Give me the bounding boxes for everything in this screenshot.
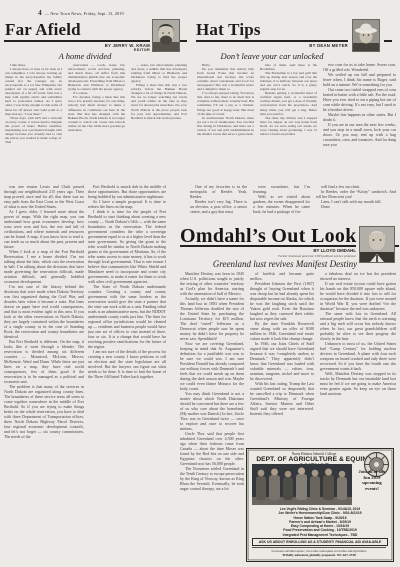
ad-tagline: Tribally educated, globally prepared. 70… [252, 553, 386, 557]
meyer-photo [352, 19, 380, 52]
omdahl-photo [359, 226, 395, 263]
ad-event-item: Integrated Pest Management Techniques - … [249, 533, 391, 537]
hat-tips-column-2: One of them. And there is the Borderline… [260, 63, 317, 182]
omdahl-column-3: a fabulous deal on ice but the president… [320, 271, 396, 445]
hat-tips-column-3: two corn for us to take home. Sweet corn… [323, 62, 396, 182]
far-afield-headline: A home divided [15, 51, 155, 61]
far-afield-continuation-column-2: Fort Berthold is smack dab in the middle… [88, 184, 166, 556]
hat-tips-title: Hat Tips [196, 21, 261, 38]
kram-photo [152, 19, 180, 52]
far-afield-title: Far Afield [5, 21, 81, 38]
far-afield-continuation-column-1: was one reason Lewis and Clark passed th… [4, 184, 84, 556]
hat-tips-column-1: Hello,Do you remember that elderly lady … [197, 63, 254, 182]
ad-events-list: Les Vogt's Riding Clinic & Seminar - 9/1… [249, 507, 391, 537]
hat-tips-headline: Don’t leave your car unlocked [197, 51, 347, 61]
hat-tips-end-column-1: One of my favorites is in the metropolis… [190, 184, 247, 224]
college-ad: Nueta Hidatsa Sahnish College DEPT. OF A… [246, 448, 394, 562]
newspaper-page: 4 — New Town News, Friday, Sept. 13, 201… [0, 0, 400, 567]
hat-tips-end-column-2: were cucumbers, but I’m learning.Well, a… [253, 184, 310, 224]
far-afield-rule-dash [179, 40, 187, 42]
far-afield-column-1: I like maps.I always have, at least as f… [5, 63, 62, 182]
hat-tips-byline-name: BY DEAN MEYER [258, 43, 348, 48]
far-afield-column-3: — water, law enforcement, planning and m… [131, 63, 187, 182]
omdahl-byline-subtitle: Former lieutenant governor, UND politica… [200, 254, 356, 258]
hat-tips-end-column-3: will find a few zucchini.In Reeder, orde… [316, 184, 396, 224]
omdahl-headline: Greenland lust revives Manifest Destiny [185, 259, 385, 269]
masthead: 4 — New Town News, Friday, Sept. 13, 201… [38, 8, 124, 17]
omdahl-byline: BY LLOYD OMDAHL [230, 248, 356, 253]
far-afield-column-2: reservation — roads, water, law enforcem… [68, 63, 125, 182]
omdahl-rule [180, 245, 356, 247]
hat-tips-rule [196, 40, 348, 42]
omdahl-column-1: Manifest Destiny was born in 1845 when U… [180, 271, 244, 557]
omdahl-column-2: of lutefisk and became quite mellow.Pres… [250, 271, 314, 447]
page-number: 4 [38, 8, 42, 17]
hat-tips-rule-dash [384, 40, 392, 42]
ad-join-text: Join us at our fun 2019 upcoming events! [355, 469, 389, 491]
ad-enroll-banner: ASK US ABOUT ENROLLING AS A STUDENT! FIN… [252, 538, 388, 546]
hat-tips-byline: BY DEAN MEYER [258, 43, 348, 48]
omdahl-title: Omdahl’s Out Look [180, 226, 357, 246]
far-afield-rule [4, 40, 150, 42]
ad-group-photo [252, 464, 352, 505]
masthead-text: — New Town News, Friday, Sept. 13, 2019 [45, 11, 124, 16]
